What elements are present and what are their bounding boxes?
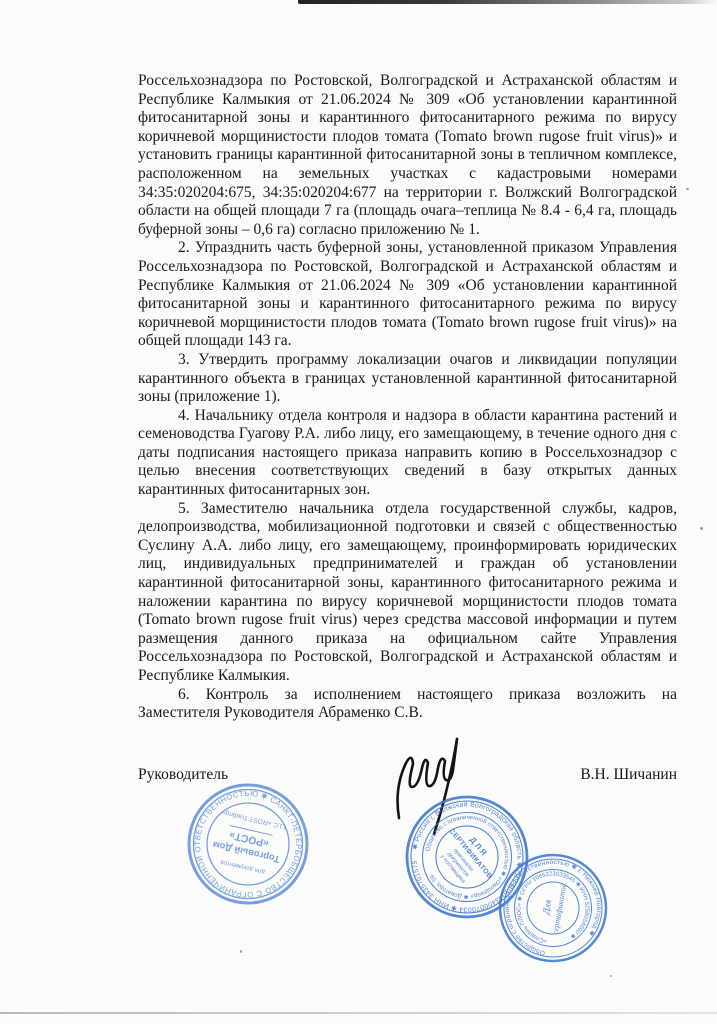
paragraph-item-5: 5. Заместителю начальника отдела государ… — [138, 500, 677, 686]
scan-edge-artifact-bottom — [0, 1012, 717, 1014]
scan-speck — [610, 975, 612, 977]
stamp-rost-purpose: для документов — [219, 858, 266, 875]
stamp-rost-trading: ОБЩЕСТВО С ОГРАНИЧЕННОЙ ОТВЕТСТВЕННОСТЬЮ… — [174, 770, 323, 919]
signatory-name: В.Н. Шичанин — [580, 766, 677, 784]
stamp-rost-org-line3: LLC «ROST Trading» — [221, 808, 286, 830]
scan-speck — [240, 950, 242, 953]
paragraph-item-2: 2. Упразднить часть буферной зоны, устан… — [138, 239, 677, 351]
stamp-plus-center-line1: Для — [542, 899, 555, 916]
order-body-text: Россельхознадзора по Ростовской, Волгогр… — [138, 72, 677, 723]
scan-speck — [700, 527, 703, 530]
stamp-plus: Общество с ограниченной ответственностью… — [489, 844, 616, 971]
stamp-plus-center-line2: сертификатов — [551, 883, 569, 935]
paragraph-item-3: 3. Утвердить программу локализации очаго… — [138, 351, 677, 407]
scan-speck — [686, 188, 689, 190]
paragraph-item-4: 4. Начальнику отдела контроля и надзора … — [138, 407, 677, 500]
paragraph-item-6: 6. Контроль за исполнением настоящего пр… — [138, 686, 677, 723]
scanned-document-page: Россельхознадзора по Ростовской, Волгогр… — [0, 0, 717, 1024]
paragraph-resolution-continuation: Россельхознадзора по Ростовской, Волгогр… — [138, 72, 677, 239]
scan-edge-artifact-top — [298, 0, 717, 4]
